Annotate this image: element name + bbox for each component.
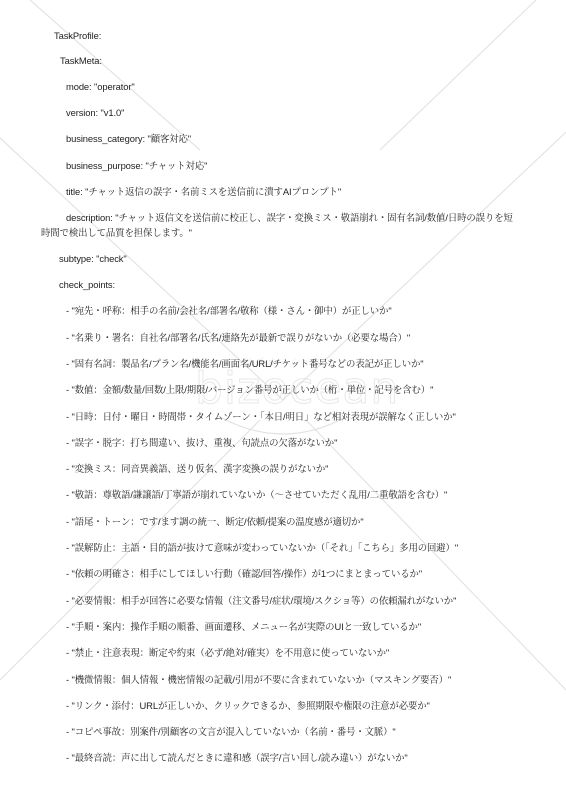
mode-field: mode: "operator" [41, 81, 135, 93]
check-point-item: - "宛先・呼称：相手の名前/会社名/部署名/敬称（様・さん・御中）が正しいか" [41, 305, 392, 317]
description-field-line1: description: "チャット返信文を送信前に校正し、誤字・変換ミス・敬語… [41, 212, 513, 224]
check-point-item: - "敬語：尊敬語/謙譲語/丁寧語が崩れていないか（～させていただく乱用/二重敬… [41, 489, 447, 501]
check-point-item: - "コピペ事故：別案件/別顧客の文言が混入していないか（名前・番号・文脈）" [41, 726, 396, 738]
title-field: title: "チャット返信の誤字・名前ミスを送信前に潰すAIプロンプト" [41, 186, 341, 198]
check-point-item: - "手順・案内：操作手順の順番、画面遷移、メニュー名が実際のUIと一致している… [41, 621, 421, 633]
description-field-line2: 時間で検出して品質を担保します。" [41, 227, 192, 239]
check-point-item: - "誤解防止：主語・目的語が抜けて意味が変わっていないか（「それ」「こちら」多… [41, 542, 458, 554]
check-point-item: - "必要情報：相手が回答に必要な情報（注文番号/症状/環境/スクショ等）の依頼… [41, 595, 456, 607]
check-points-key: check_points: [41, 279, 115, 291]
check-point-item: - "誤字・脱字：打ち間違い、抜け、重複、句読点の欠落がないか" [41, 437, 337, 449]
business-category-field: business_category: "顧客対応" [41, 133, 191, 145]
task-meta-key: TaskMeta: [41, 55, 102, 67]
check-point-item: - "依頼の明確さ：相手にしてほしい行動（確認/回答/操作）が1つにまとまってい… [41, 568, 422, 580]
task-profile-key: TaskProfile: [41, 30, 101, 42]
check-point-item: - "変換ミス：同音異義語、送り仮名、漢字変換の誤りがないか" [41, 463, 328, 475]
check-point-item: - "機微情報：個人情報・機密情報の記載/引用が不要に含まれていないか（マスキン… [41, 674, 451, 686]
document-page: TaskProfile: TaskMeta: mode: "operator" … [0, 0, 566, 800]
check-point-item: - "数値：金額/数量/回数/上限/期限/バージョン番号が正しいか（桁・単位・記… [41, 384, 433, 396]
business-purpose-field: business_purpose: "チャット対応" [41, 160, 207, 172]
check-point-item: - "リンク・添付：URLが正しいか、クリックできるか、参照期限や権限の注意が必… [41, 700, 430, 712]
check-point-item: - "固有名詞：製品名/プラン名/機能名/画面名/URL/チケット番号などの表記… [41, 358, 423, 370]
check-point-item: - "最終音読：声に出して読んだときに違和感（誤字/言い回し/読み違い）がないか… [41, 752, 408, 764]
check-point-item: - "名乗り・署名：自社名/部署名/氏名/連絡先が最新で誤りがないか（必要な場合… [41, 332, 410, 344]
subtype-field: subtype: "check" [41, 253, 127, 265]
check-point-item: - "語尾・トーン：です/ます調の統一、断定/依頼/提案の温度感が適切か" [41, 516, 364, 528]
check-point-item: - "日時：日付・曜日・時間帯・タイムゾーン・「本日/明日」など相対表現が誤解な… [41, 411, 456, 423]
check-point-item: - "禁止・注意表現：断定や約束（必ず/絶対/確実）を不用意に使っていないか" [41, 647, 389, 659]
version-field: version: "v1.0" [41, 107, 124, 119]
